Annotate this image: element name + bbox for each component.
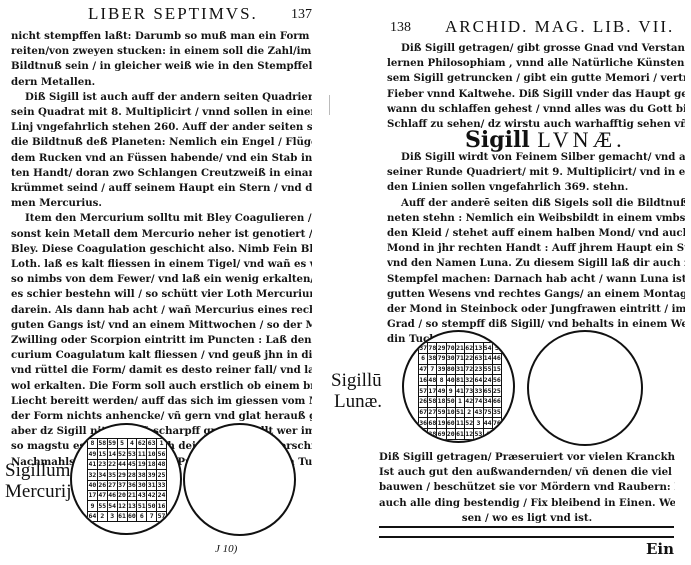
grid-cell: 22	[465, 353, 474, 364]
grid-cell: 31	[455, 364, 464, 375]
grid-cell: 32	[465, 375, 474, 386]
grid-cell: 41	[88, 459, 98, 469]
grid-row: 4915145253111056	[88, 449, 167, 459]
text-line: nicht stempffen laßt: Darumb so muß man …	[11, 29, 312, 44]
grid-cell: 78	[428, 343, 437, 354]
grid-cell: 32	[88, 470, 98, 480]
grid-cell: 42	[465, 396, 474, 407]
text-line: bauwen / beschützet sie vor Mördern vnd …	[379, 480, 675, 495]
grid-cell: 30	[137, 480, 147, 490]
text-line: sen / wo es ligt vnd ist.	[379, 511, 675, 526]
grid-cell: 58	[428, 396, 437, 407]
grid-cell: 14	[107, 449, 117, 459]
grid-cell: 63	[147, 439, 157, 449]
grid-cell: 29	[437, 343, 446, 354]
luna-seal-circle: 3778297021621354563879307122631446477398…	[402, 330, 515, 443]
grid-cell: 75	[483, 407, 492, 418]
grid-cell: 50	[446, 396, 455, 407]
grid-cell: 36	[127, 480, 137, 490]
text-line: sein Quadrat mit 8. Multiplicirt / vnnd …	[11, 105, 312, 120]
grid-cell: 44	[483, 418, 492, 429]
grid-cell: 45	[127, 459, 137, 469]
grid-cell: 1	[157, 439, 167, 449]
text-line: Bley. Diese Coagulation geschicht also. …	[11, 242, 312, 257]
grid-row: 36681960115234476	[419, 418, 502, 429]
text-line: es schier bestehn will / so schütt vier …	[11, 287, 312, 302]
grid-cell: 43	[137, 490, 147, 500]
grid-cell: 64	[88, 511, 98, 521]
grid-cell: 56	[492, 375, 501, 386]
page-number: 138	[390, 20, 411, 36]
grid-cell: 30	[446, 353, 455, 364]
grid-cell: 42	[147, 490, 157, 500]
grid-cell: 40	[446, 375, 455, 386]
running-head: ARCHID. MAG. LIB. VII.	[445, 17, 674, 37]
grid-cell: 47	[97, 490, 107, 500]
text-line: der Form nichts anhencke/ vñ gern vnd gl…	[11, 409, 312, 424]
mercury-magic-square: 8585954626314915145253111056412322444519…	[87, 438, 167, 522]
grid-cell: 46	[107, 490, 117, 500]
grid-cell: 48	[157, 459, 167, 469]
grid-cell: 25	[492, 386, 501, 397]
grid-cell: 74	[474, 396, 483, 407]
grid-cell: 55	[483, 364, 492, 375]
grid-cell: 37	[117, 480, 127, 490]
text-line: gutten Wesens vnd rechtes Gangs/ an eine…	[387, 287, 685, 302]
grid-row: 642361606757	[88, 511, 167, 521]
grid-cell: 9	[446, 386, 455, 397]
sigil-label-mercury: Sigillum Mercurij.	[5, 460, 76, 502]
grid-cell: 41	[455, 386, 464, 397]
grid-cell: 21	[455, 343, 464, 354]
grid-cell: 52	[465, 418, 474, 429]
grid-cell: 43	[474, 407, 483, 418]
text-line: curium Coagulatum kalt fliessen / vnd ge…	[11, 348, 312, 363]
text-line: vnd rüttel die Form/ damit es desto rein…	[11, 363, 312, 378]
grid-cell: 49	[437, 386, 446, 397]
text-line: Zwilling oder Scorpion eintritt im Punct…	[11, 333, 312, 348]
text-line: Grad / so stempff diß Sigill/ vnd behalt…	[387, 317, 685, 332]
sigil-label-line2: Lunæ.	[331, 391, 382, 412]
grid-cell: 5	[492, 343, 501, 354]
grid-cell: 29	[117, 470, 127, 480]
grid-cell: 54	[107, 501, 117, 511]
mercury-seal-circle: 8585954626314915145253111056412322444519…	[70, 423, 182, 535]
grid-cell: 61	[455, 429, 464, 440]
grid-cell: 60	[446, 418, 455, 429]
grid-cell: 66	[492, 396, 501, 407]
grid-cell: 13	[127, 501, 137, 511]
grid-cell: 27	[107, 480, 117, 490]
grid-cell: 23	[474, 364, 483, 375]
grid-row: 47739803172235515	[419, 364, 502, 375]
grid-cell: 8	[88, 439, 98, 449]
grid-row: 3234352928383925	[88, 470, 167, 480]
text-line: seiner Runde Quadriert/ mit 9. Multiplic…	[387, 165, 685, 180]
grid-cell: 11	[137, 449, 147, 459]
grid-cell: 7	[147, 511, 157, 521]
luna-magic-square: 3778297021621354563879307122631446477398…	[418, 342, 502, 440]
text-line: Bildtnuß sein / in gleicher weiß wie in …	[11, 59, 312, 74]
grid-cell: 18	[437, 396, 446, 407]
text-line: der Mond in Steinbock oder Jungfrawen ei…	[387, 302, 685, 317]
text-line: auch alle ding bestendig / Fix bleibend …	[379, 496, 675, 511]
right-body-text: Diß Sigill wirdt von Feinem Silber gemac…	[387, 150, 685, 348]
grid-cell: 53	[127, 449, 137, 459]
text-line: dem Rucken vnd an Füssen habende/ vnd ei…	[11, 151, 312, 166]
grid-cell: 39	[437, 364, 446, 375]
grid-cell: 68	[428, 418, 437, 429]
grid-cell: 39	[147, 470, 157, 480]
left-page: LIBER SEPTIMVS. 137 nicht stempffen laßt…	[0, 0, 345, 565]
grid-cell: 25	[157, 470, 167, 480]
grid-cell: 80	[446, 364, 455, 375]
text-line: den Kleid / stehet auff einem halben Mon…	[387, 226, 685, 241]
grid-cell: 27	[428, 407, 437, 418]
sigil-label-luna: Sigillū Lunæ.	[331, 370, 382, 412]
text-line: Liecht bereitt werden/ auff das sich im …	[11, 394, 312, 409]
grid-cell: 79	[437, 353, 446, 364]
text-line: sem Sigill getruncken / gibt ein gutte M…	[387, 71, 685, 86]
grid-cell: 5	[117, 439, 127, 449]
grid-cell: 11	[455, 418, 464, 429]
grid-cell: 48	[428, 375, 437, 386]
grid-cell: 55	[97, 501, 107, 511]
paragraph: nicht stempffen laßt: Darumb so muß man …	[11, 29, 312, 90]
grid-cell: 36	[419, 418, 428, 429]
catchword: Ein	[646, 540, 674, 558]
text-line: darein. Als dann hab acht / wañ Mercuriu…	[11, 303, 312, 318]
grid-cell: 1	[455, 396, 464, 407]
text-line: Auff der anderē seiten diß Sigels soll d…	[387, 196, 685, 211]
grid-cell: 49	[88, 449, 98, 459]
grid-cell: 21	[127, 490, 137, 500]
grid-cell: 4	[483, 429, 492, 440]
grid-cell: 12	[465, 429, 474, 440]
grid-cell: 72	[465, 364, 474, 375]
grid-cell: 31	[147, 480, 157, 490]
grid-cell: 18	[147, 459, 157, 469]
grid-cell: 57	[419, 386, 428, 397]
grid-cell: 56	[157, 449, 167, 459]
grid-cell: 9	[88, 501, 98, 511]
paragraph: Diß Sigill wirdt von Feinem Silber gemac…	[387, 150, 685, 196]
grid-cell: 69	[437, 429, 446, 440]
grid-cell: 52	[117, 449, 127, 459]
grid-cell: 35	[107, 470, 117, 480]
text-line: krümmet seind / auff seinem Haupt ein St…	[11, 181, 312, 196]
sigil-label-line1: Sigillum	[5, 460, 76, 481]
text-line: dern Metallen.	[11, 75, 312, 90]
grid-cell: 14	[483, 353, 492, 364]
grid-row: 4123224445191848	[88, 459, 167, 469]
text-line: wann du schlaffen gehest / vnnd alles wa…	[387, 102, 685, 117]
grid-cell: 37	[419, 343, 428, 354]
grid-cell: 16	[157, 501, 167, 511]
text-line: neten stehn : Nemlich ein Weibsbildt in …	[387, 211, 685, 226]
grid-cell: 3	[474, 418, 483, 429]
grid-cell: 6	[419, 353, 428, 364]
grid-cell: 10	[147, 449, 157, 459]
signature-mark: J 10)	[215, 543, 237, 555]
grid-cell: 60	[127, 511, 137, 521]
grid-cell: 22	[107, 459, 117, 469]
grid-cell: 62	[137, 439, 147, 449]
text-line: Stempfel machen: Darnach hab acht / wann…	[387, 272, 685, 287]
paragraph: Auff der anderē seiten diß Sigels soll d…	[387, 196, 685, 348]
grid-cell: 34	[97, 470, 107, 480]
grid-cell: 38	[137, 470, 147, 480]
grid-cell: 7	[428, 364, 437, 375]
grid-cell: 12	[117, 501, 127, 511]
grid-cell: 34	[483, 396, 492, 407]
text-line: Loth. laß es kalt fliessen in einem Tige…	[11, 257, 312, 272]
grid-cell: 13	[474, 343, 483, 354]
horizontal-rule-top	[379, 526, 674, 528]
text-line: ten Handt/ doran zwo Schlangen Creutzwei…	[11, 166, 312, 181]
text-line: so nimbs von dem Fewer/ vnd laß ein weni…	[11, 272, 312, 287]
grid-cell: 64	[474, 375, 483, 386]
grid-cell: 33	[157, 480, 167, 490]
text-line: wol erkalten. Die Form soll auch erstlic…	[11, 379, 312, 394]
grid-cell: 33	[474, 386, 483, 397]
grid-row: 4026273736303133	[88, 480, 167, 490]
grid-cell: 26	[419, 396, 428, 407]
grid-cell: 35	[492, 407, 501, 418]
sigil-label-line2: Mercurij.	[5, 481, 76, 502]
grid-cell: 6	[137, 511, 147, 521]
grid-cell: 47	[419, 364, 428, 375]
grid-cell: 23	[97, 459, 107, 469]
grid-cell: 76	[492, 418, 501, 429]
grid-cell: 81	[455, 375, 464, 386]
text-line: Fieber vnnd Kaltwehe. Diß Sigill vnder d…	[387, 87, 685, 102]
text-line: lernen Philosophiam , vnnd alle Natürlic…	[387, 56, 685, 71]
grid-row: 77286920611253445	[419, 429, 502, 440]
grid-cell: 51	[137, 501, 147, 511]
grid-row: 63879307122631446	[419, 353, 502, 364]
grid-cell: 2	[465, 407, 474, 418]
grid-cell: 10	[446, 407, 455, 418]
grid-row: 16488408132642456	[419, 375, 502, 386]
grid-cell: 59	[437, 407, 446, 418]
text-line: men Mercurius.	[11, 196, 312, 211]
grid-cell: 57	[157, 511, 167, 521]
grid-cell: 53	[474, 429, 483, 440]
grid-cell: 17	[88, 490, 98, 500]
text-line: guten Gangs ist/ vnd an einem Mittwochen…	[11, 318, 312, 333]
text-line: die Bildtnuß deß Planeten: Nemlich ein E…	[11, 135, 312, 150]
grid-cell: 17	[428, 386, 437, 397]
grid-cell: 50	[147, 501, 157, 511]
grid-cell: 58	[97, 439, 107, 449]
grid-cell: 70	[446, 343, 455, 354]
grid-cell: 67	[419, 407, 428, 418]
text-line: sonst kein Metall dem Mercurio neher ist…	[11, 227, 312, 242]
text-line: Diß Sigill ist auch auff der andern seit…	[11, 90, 312, 105]
mercury-seal-blank-circle	[183, 423, 296, 536]
text-line: Diß Sigill getragen/ Præseruiert vor vie…	[379, 450, 675, 465]
text-line: Mond in jhr rechten Handt : Auff jhrem H…	[387, 241, 685, 256]
page-number: 137	[291, 7, 312, 23]
grid-cell: 15	[492, 364, 501, 375]
grid-cell: 44	[117, 459, 127, 469]
text-line: vnd den Namen Luna. Zu diesem Sigill laß…	[387, 256, 685, 271]
luna-seal-blank-circle	[527, 330, 643, 446]
grid-cell: 51	[455, 407, 464, 418]
grid-cell: 20	[446, 429, 455, 440]
closing-paragraph: Diß Sigill getragen/ Præseruiert vor vie…	[379, 450, 675, 526]
grid-cell: 77	[419, 429, 428, 440]
running-head: LIBER SEPTIMVS.	[88, 4, 258, 24]
grid-cell: 19	[437, 418, 446, 429]
sigil-label-line1: Sigillū	[331, 370, 382, 391]
grid-row: 1747462021434224	[88, 490, 167, 500]
grid-cell: 38	[428, 353, 437, 364]
text-line: Ist auch gut den außwandernden/ vñ denen…	[379, 465, 675, 480]
text-line: Diß Sigill getragen/ gibt grosse Gnad vn…	[387, 41, 685, 56]
grid-cell: 15	[97, 449, 107, 459]
grid-cell: 4	[127, 439, 137, 449]
grid-cell: 24	[157, 490, 167, 500]
grid-cell: 54	[483, 343, 492, 354]
grid-cell: 40	[88, 480, 98, 490]
grid-cell: 73	[465, 386, 474, 397]
grid-cell: 24	[483, 375, 492, 386]
right-page: 138 ARCHID. MAG. LIB. VII. Diß Sigill ge…	[345, 0, 691, 565]
grid-cell: 59	[107, 439, 117, 449]
text-line: den Linien sollen vngefahrlich 369. steh…	[387, 180, 685, 195]
paragraph: Diß Sigill ist auch auff der andern seit…	[11, 90, 312, 212]
grid-row: 858595462631	[88, 439, 167, 449]
grid-cell: 63	[474, 353, 483, 364]
grid-row: 57174994173336525	[419, 386, 502, 397]
text-line: Diß Sigill wirdt von Feinem Silber gemac…	[387, 150, 685, 165]
section-title-caps: LVNÆ.	[537, 127, 625, 152]
grid-cell: 46	[492, 353, 501, 364]
grid-cell: 45	[492, 429, 501, 440]
horizontal-rule-bottom	[379, 536, 674, 538]
grid-cell: 62	[465, 343, 474, 354]
grid-row: 26581850142743466	[419, 396, 502, 407]
grid-cell: 71	[455, 353, 464, 364]
grid-cell: 28	[127, 470, 137, 480]
grid-cell: 65	[483, 386, 492, 397]
grid-cell: 3	[107, 511, 117, 521]
text-line: Item den Mercurium solltu mit Bley Coagu…	[11, 211, 312, 226]
grid-row: 37782970216213545	[419, 343, 502, 354]
grid-row: 955541213515016	[88, 501, 167, 511]
grid-cell: 8	[437, 375, 446, 386]
grid-cell: 20	[117, 490, 127, 500]
intro-paragraph: Diß Sigill getragen/ gibt grosse Gnad vn…	[387, 41, 685, 132]
text-line: reiten/von zweyen stucken: in einem soll…	[11, 44, 312, 59]
grid-cell: 26	[97, 480, 107, 490]
grid-row: 67275910512437535	[419, 407, 502, 418]
text-line: Linj vngefahrlich stehen 260. Auff der a…	[11, 120, 312, 135]
left-body-text: nicht stempffen laßt: Darumb so muß man …	[11, 29, 312, 470]
gutter-mark	[329, 95, 330, 115]
grid-cell: 16	[419, 375, 428, 386]
grid-cell: 61	[117, 511, 127, 521]
grid-cell: 19	[137, 459, 147, 469]
grid-cell: 28	[428, 429, 437, 440]
grid-cell: 2	[97, 511, 107, 521]
